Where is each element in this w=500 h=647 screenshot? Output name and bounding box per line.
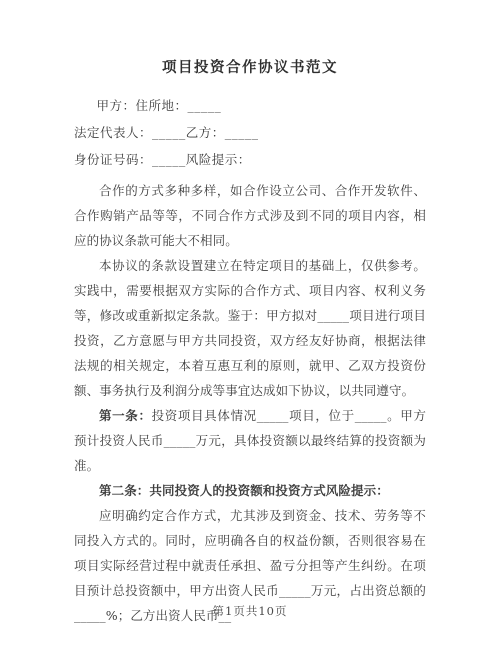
document-title: 项目投资合作协议书范文 bbox=[74, 56, 426, 77]
paragraph-preamble: 本协议的条款设置建立在特定项目的基础上，仅供参考。实践中，需要根据双方实际的合作… bbox=[74, 253, 426, 403]
legal-representative-line: 法定代表人：_____乙方：_____ bbox=[74, 119, 426, 146]
paragraph-cooperation-intro: 合作的方式多种多样，如合作设立公司、合作开发软件、合作购销产品等等，不同合作方式… bbox=[74, 178, 426, 253]
clause-2-heading: 第二条：共同投资人的投资额和投资方式风险提示： bbox=[74, 478, 426, 503]
party-a-line: 甲方：住所地：_____ bbox=[74, 92, 426, 119]
clause-1: 第一条：投资项目具体情况_____项目，位于_____。甲方预计投资人民币___… bbox=[74, 403, 426, 478]
id-number-line: 身份证号码：_____风险提示： bbox=[74, 146, 426, 173]
page-number: 第1页共10页 bbox=[0, 603, 500, 619]
clause-1-label: 第一条： bbox=[99, 408, 152, 423]
document-page: 项目投资合作协议书范文 甲方：住所地：_____ 法定代表人：_____乙方：_… bbox=[0, 0, 500, 647]
